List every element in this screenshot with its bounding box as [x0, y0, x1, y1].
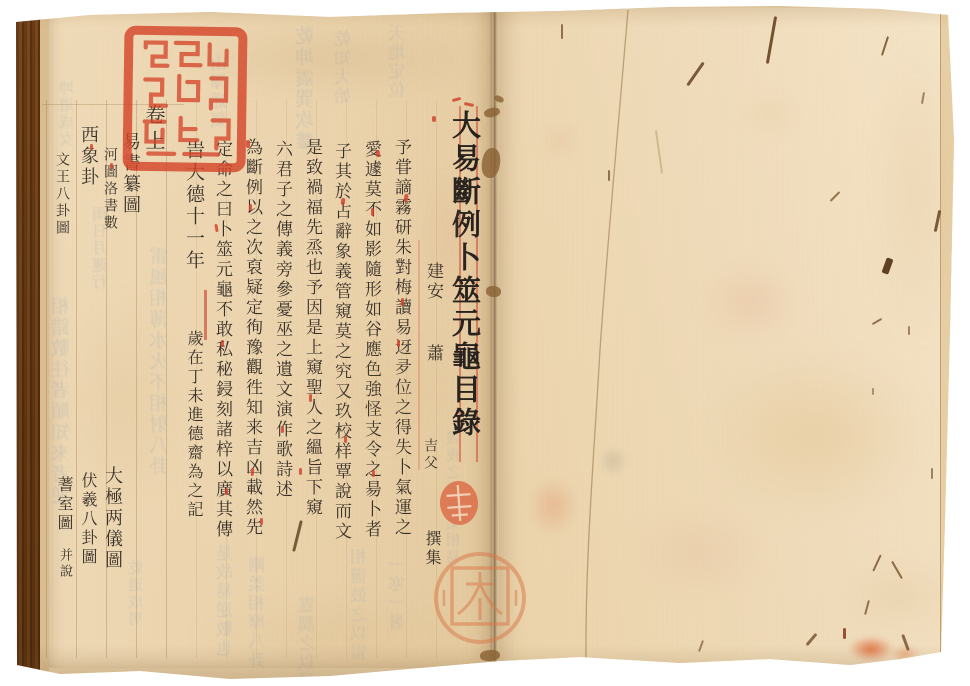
- page-crease: [0, 0, 970, 686]
- paper-fiber: [586, 658, 588, 668]
- book-spread: 晝夜之道剛柔相易乾坤震巽坎離天地定位乾知大始山澤通氣雷風相薄水火不相射八卦相錯數…: [0, 0, 970, 686]
